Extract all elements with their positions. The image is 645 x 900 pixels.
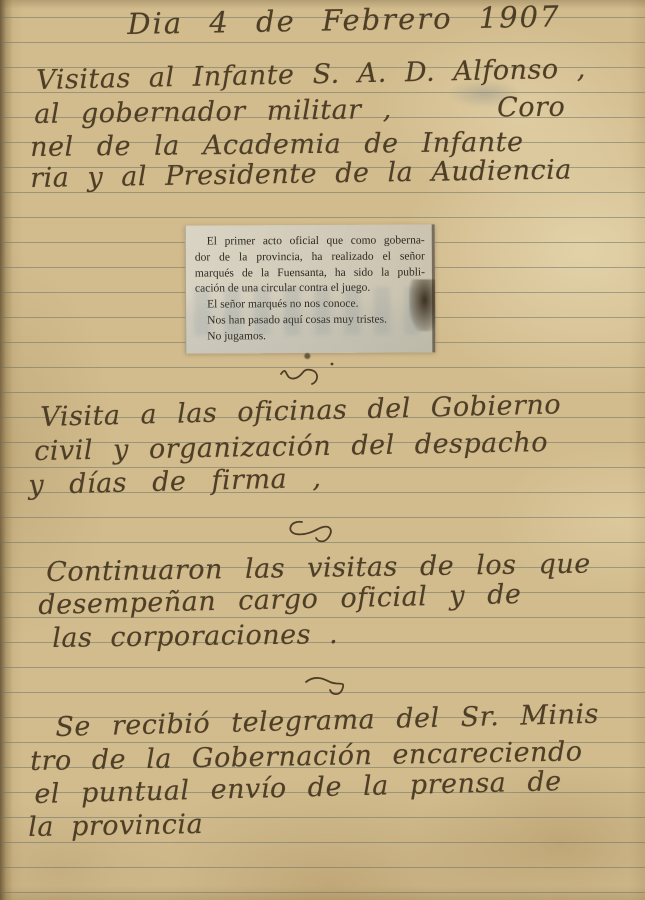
clipping-line: El señor marqués no nos conoce. xyxy=(195,297,425,314)
handwritten-line: al gobernador militar , Coro xyxy=(34,92,565,130)
clipping-line: dor de la provincia, ha realizado el señ… xyxy=(195,249,425,266)
clipping-line: marqués de la Fuensanta, ha sido la publ… xyxy=(195,265,425,282)
handwritten-line: las corporaciones . xyxy=(52,619,338,654)
clipping-line: El primer acto oficial que como goberna- xyxy=(195,233,425,250)
clipping-line: No jugamos. xyxy=(195,328,425,345)
divider-flourish-icon xyxy=(302,670,356,700)
clipping-line: cación de una circular contra el juego. xyxy=(195,281,425,298)
date-heading: Dia 4 de Febrero 1907 xyxy=(127,0,561,41)
handwritten-line: Se recibió telegrama del Sr. Minis xyxy=(55,699,599,743)
clipping-line: Nos han pasado aquí cosas muy tristes. xyxy=(195,312,425,329)
handwritten-line: civil y organización del despacho xyxy=(34,427,548,467)
divider-flourish-icon xyxy=(282,516,348,548)
small-ink-dot xyxy=(304,353,310,359)
handwritten-line: y días de firma , xyxy=(28,463,322,501)
divider-flourish-icon xyxy=(278,360,336,388)
diary-page: Dia 4 de Febrero 1907 Visitas al Infante… xyxy=(0,0,645,900)
handwritten-line: Visita a las oficinas del Gobierno xyxy=(40,389,561,433)
newspaper-clipping: El primer acto oficial que como goberna-… xyxy=(185,224,436,353)
handwritten-line: la provincia xyxy=(28,809,203,843)
